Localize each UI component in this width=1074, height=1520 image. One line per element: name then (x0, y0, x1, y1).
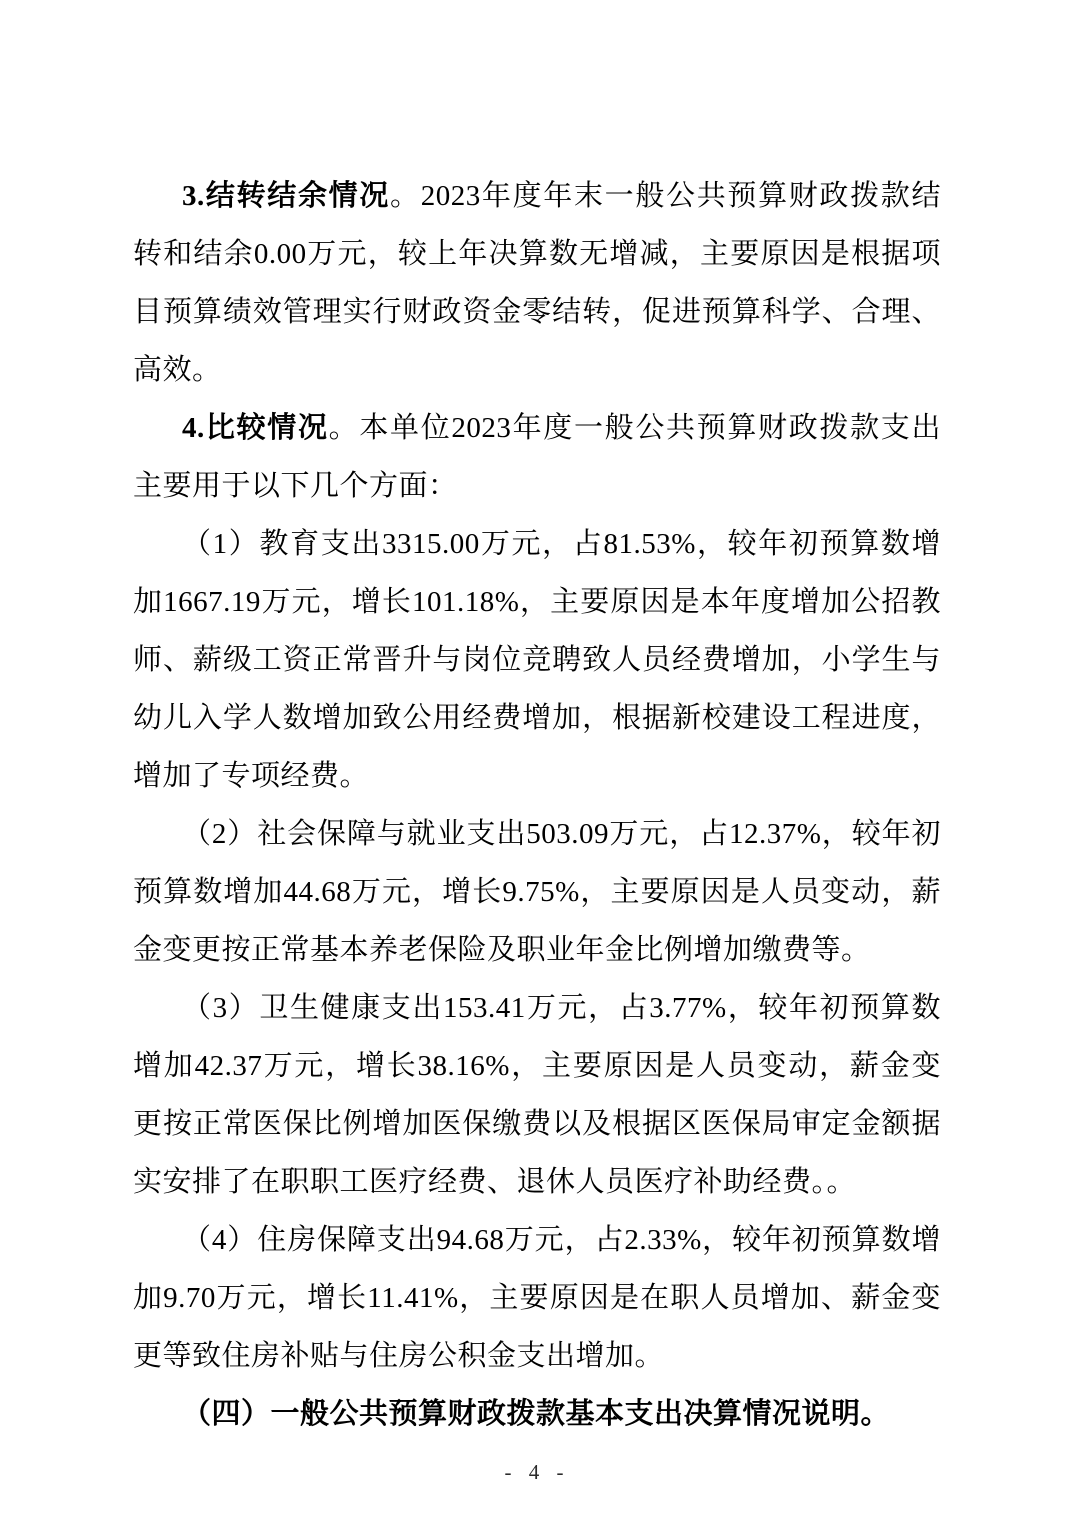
paragraph-lead-comparison: 4.比较情况 (182, 412, 329, 444)
paragraph-text-social-security: （2）社会保障与就业支出503.09万元，占12.37%，较年初预算数增加44.… (133, 818, 941, 966)
paragraph-item-4-housing: （4）住房保障支出94.68万元，占2.33%，较年初预算数增加9.70万元，增… (133, 1211, 941, 1385)
paragraph-text-health: （3）卫生健康支出153.41万元，占3.77%，较年初预算数增加42.37万元… (133, 992, 941, 1198)
paragraph-text-housing: （4）住房保障支出94.68万元，占2.33%，较年初预算数增加9.70万元，增… (133, 1224, 941, 1372)
paragraph-lead-carryover: 3.结转结余情况 (182, 180, 390, 212)
paragraph-item-1-education: （1）教育支出3315.00万元，占81.53%，较年初预算数增加1667.19… (133, 515, 941, 805)
paragraph-item-3-health: （3）卫生健康支出153.41万元，占3.77%，较年初预算数增加42.37万元… (133, 979, 941, 1211)
section-heading-basic-expenditure: （四）一般公共预算财政拨款基本支出决算情况说明。 (133, 1385, 941, 1443)
document-page: 3.结转结余情况。2023年度年末一般公共预算财政拨款结转和结余0.00万元，较… (0, 0, 1074, 1520)
paragraph-item-2-social-security: （2）社会保障与就业支出503.09万元，占12.37%，较年初预算数增加44.… (133, 805, 941, 979)
page-number: - 4 - (505, 1460, 570, 1484)
paragraph-carryover-balance: 3.结转结余情况。2023年度年末一般公共预算财政拨款结转和结余0.00万元，较… (133, 167, 941, 399)
section-heading-text: （四）一般公共预算财政拨款基本支出决算情况说明。 (182, 1398, 890, 1430)
paragraph-text-education: （1）教育支出3315.00万元，占81.53%，较年初预算数增加1667.19… (133, 528, 941, 792)
page-footer: - 4 - (0, 1460, 1074, 1485)
document-body: 3.结转结余情况。2023年度年末一般公共预算财政拨款结转和结余0.00万元，较… (133, 167, 941, 1443)
paragraph-comparison: 4.比较情况。本单位2023年度一般公共预算财政拨款支出主要用于以下几个方面： (133, 399, 941, 515)
